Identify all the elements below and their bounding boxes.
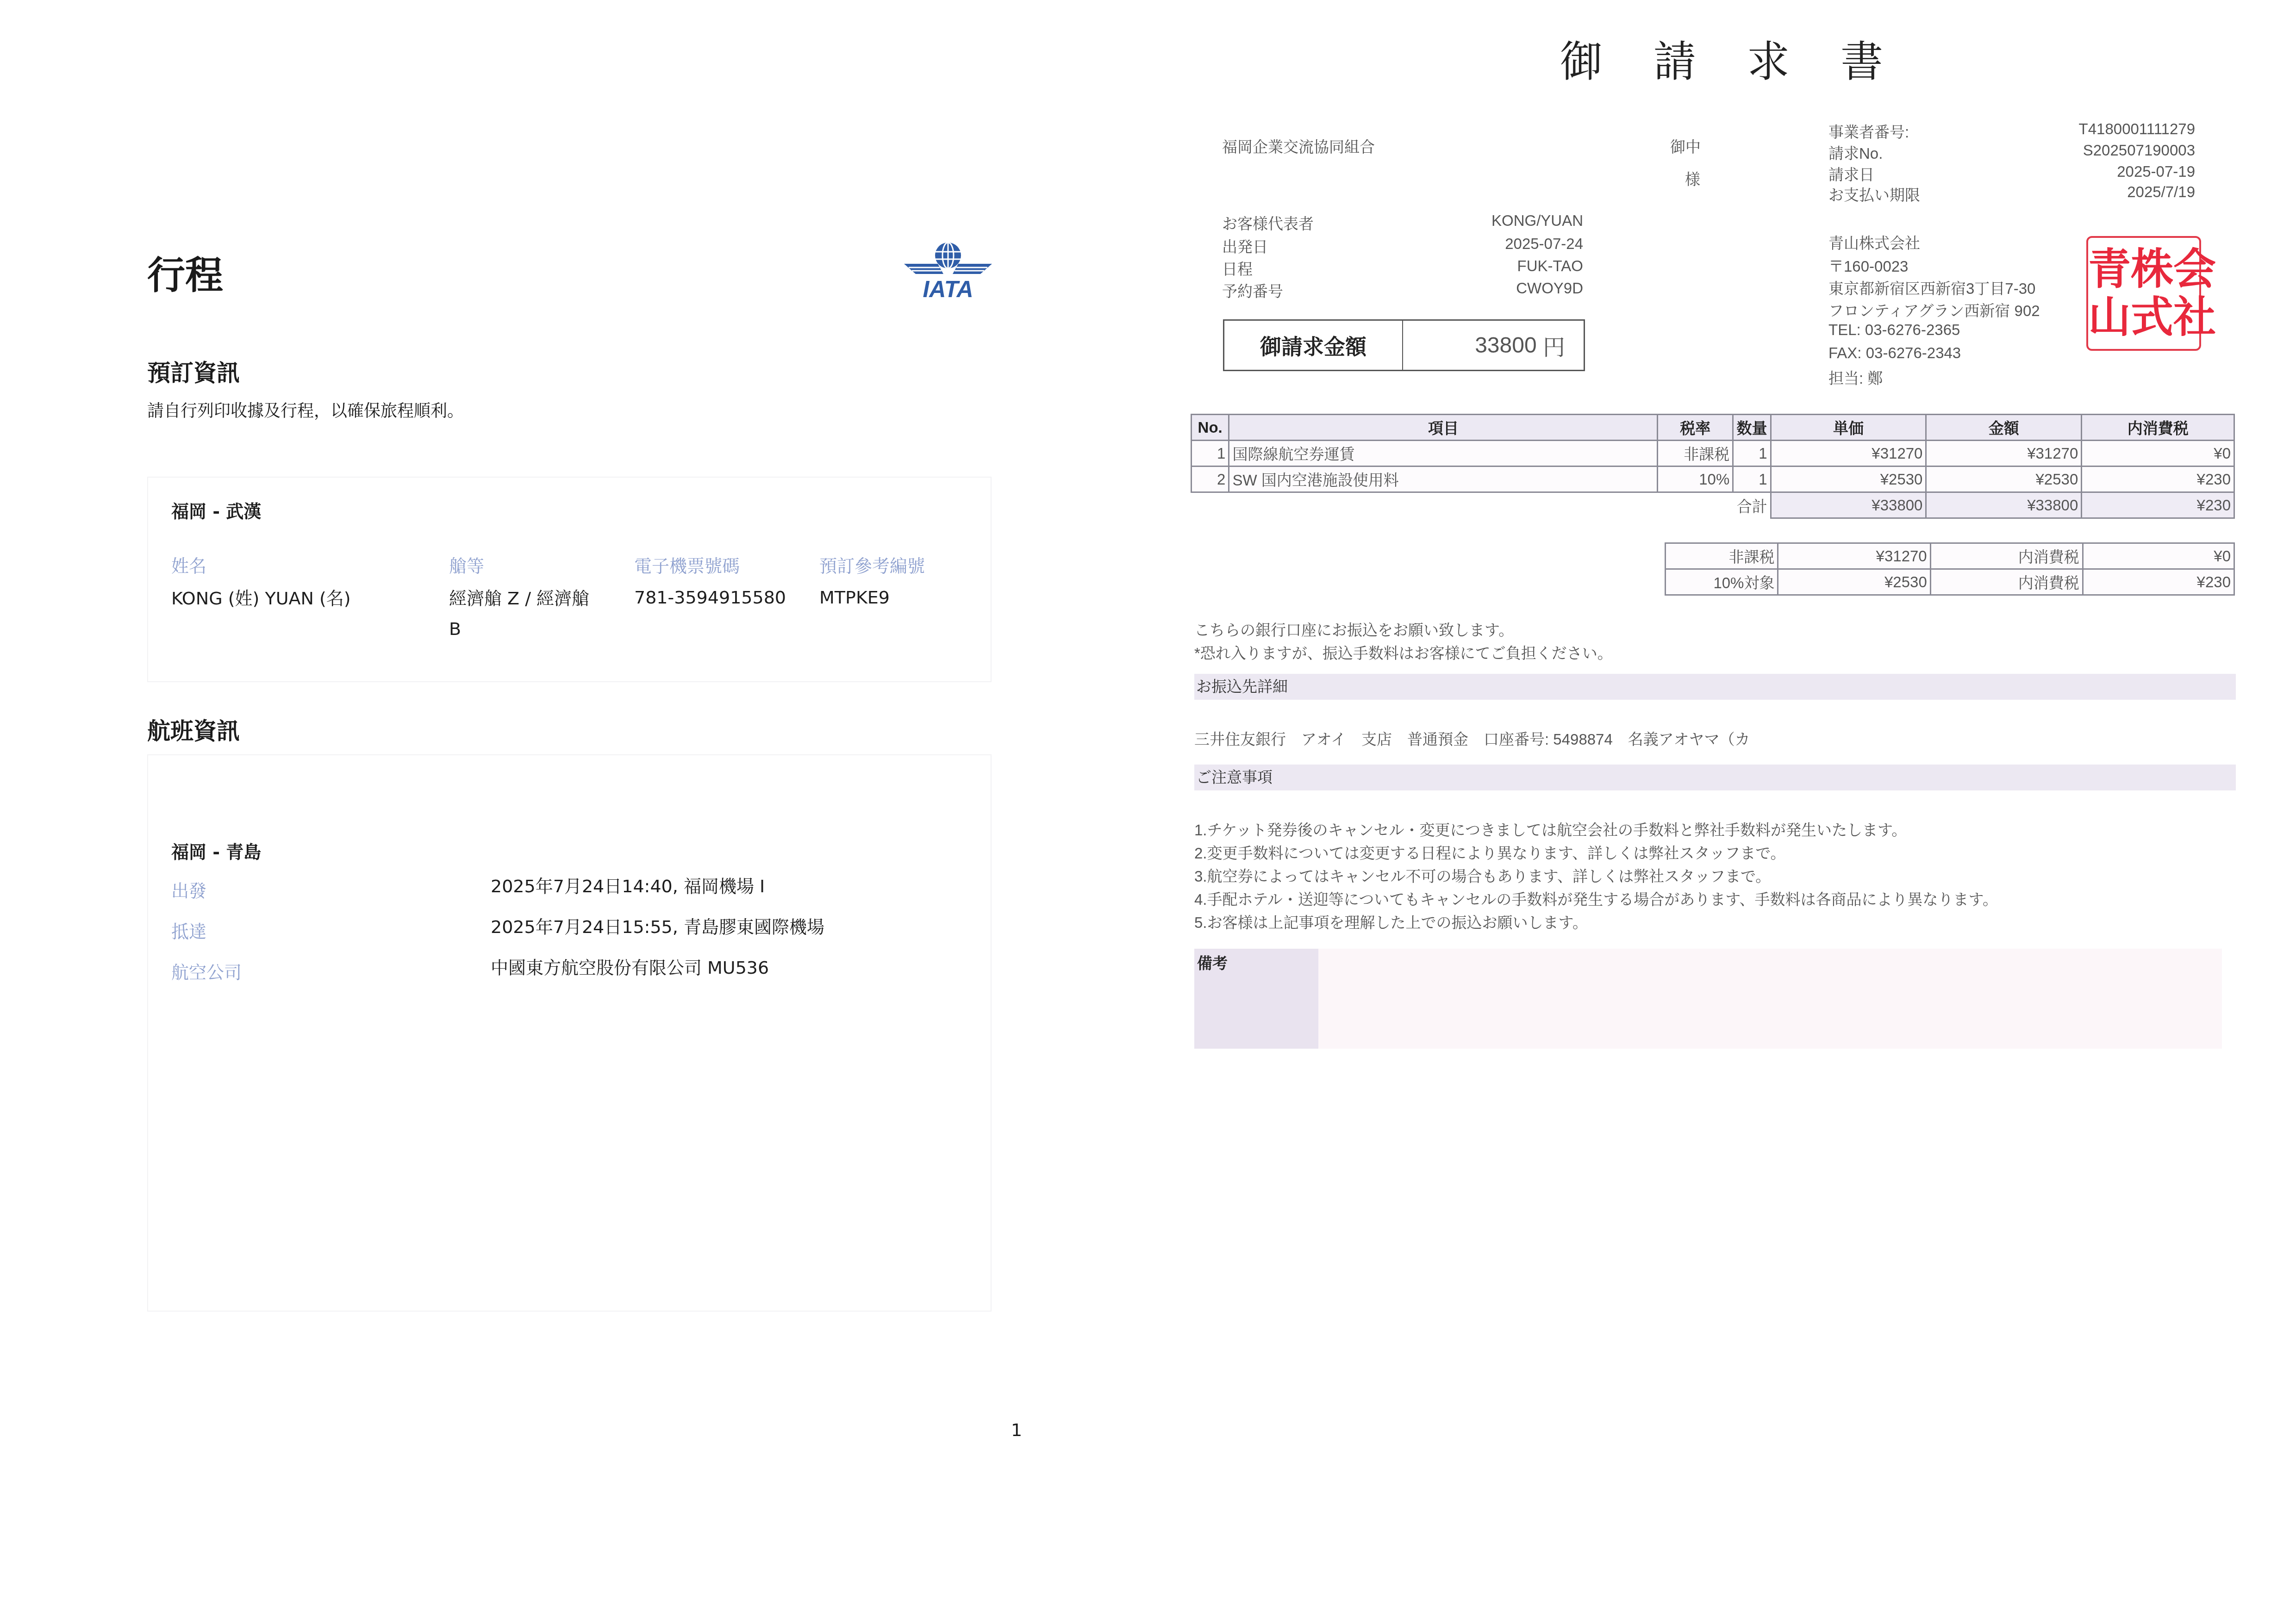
tax-category: 10%対象 xyxy=(1666,569,1778,595)
table-row: 非課税 ¥31270 内消費税 ¥0 xyxy=(1666,543,2234,569)
col-ticket-number: 電子機票號碼 xyxy=(634,552,740,577)
bank-note-2: *恐れ入りますが、振込手数料はお客様にてご負担ください。 xyxy=(1194,641,1613,663)
tax-label: 内消費税 xyxy=(1930,543,2083,569)
header-included-tax: 内消費税 xyxy=(2082,415,2234,441)
cabin-class-2: B xyxy=(449,614,461,644)
note-item: 1.チケット発券後のキャンセル・変更につきましては航空会社の手数料と弊社手数料が… xyxy=(1194,818,1907,840)
invoice-title: 御請求書 xyxy=(1560,28,1934,89)
departure-date-label: 出発日 xyxy=(1222,235,1268,257)
cell-tax-rate: 非課税 xyxy=(1658,441,1733,466)
cell-qty: 1 xyxy=(1733,441,1771,466)
issuer-fax: FAX: 03-6276-2343 xyxy=(1828,344,1961,362)
airline-label: 航空公司 xyxy=(171,958,242,983)
itinerary-title: 行程 xyxy=(147,245,223,299)
cell-amount: ¥31270 xyxy=(1926,441,2082,466)
stamp-char: 会 xyxy=(2173,245,2216,293)
invoice-date-value: 2025-07-19 xyxy=(2051,163,2195,180)
schedule-value: FUK-TAO xyxy=(1449,257,1583,275)
table-row: 10%対象 ¥2530 内消費税 ¥230 xyxy=(1666,569,2234,595)
stamp-char: 式 xyxy=(2131,293,2173,342)
reservation-number-label: 予約番号 xyxy=(1222,280,1283,301)
table-row: 1 国際線航空券運賃 非課税 1 ¥31270 ¥31270 ¥0 xyxy=(1192,441,2234,466)
header-amount: 金額 xyxy=(1926,415,2082,441)
passenger-name: KONG (姓) YUAN (名) xyxy=(171,583,351,614)
total-included-tax: ¥230 xyxy=(2082,492,2234,518)
total-amount-value: 33800 円 xyxy=(1403,321,1584,370)
bank-details-heading: お振込先詳細 xyxy=(1194,674,2236,700)
tax-amount: ¥0 xyxy=(2083,543,2234,569)
total-amount-label: 御請求金額 xyxy=(1224,321,1403,370)
invoice-no-label: 請求No. xyxy=(1828,142,1883,163)
total-amount-box: 御請求金額 33800 円 xyxy=(1223,319,1585,371)
note-item: 5.お客様は上記事項を理解した上での振込お願いします。 xyxy=(1194,911,1588,933)
items-header-row: No. 項目 税率 数量 単価 金額 内消費税 xyxy=(1192,415,2234,441)
cell-no: 2 xyxy=(1192,466,1229,492)
business-number-label: 事業者番号: xyxy=(1828,120,1909,142)
reservation-number-value: CWOY9D xyxy=(1449,280,1583,297)
stamp-char: 株 xyxy=(2131,245,2173,293)
stamp-char: 社 xyxy=(2173,293,2216,342)
cell-unit-price: ¥2530 xyxy=(1771,466,1926,492)
iata-logo-icon: IATA xyxy=(902,241,994,301)
total-row: 合計 ¥33800 ¥33800 ¥230 xyxy=(1192,492,2234,518)
booking-ref: MTPKE9 xyxy=(819,582,890,613)
col-cabin: 艙等 xyxy=(449,552,484,577)
addressee-suffix-onchu: 御中 xyxy=(1670,135,1701,157)
page-number: 1 xyxy=(1011,1420,1022,1440)
tax-label: 内消費税 xyxy=(1930,569,2083,595)
booking-info-heading: 預訂資訊 xyxy=(147,354,240,388)
tax-base: ¥31270 xyxy=(1778,543,1930,569)
addressee-suffix-sama: 様 xyxy=(1685,168,1700,189)
arrival-label: 抵達 xyxy=(171,917,206,943)
company-seal-stamp: 青 株 会 山 式 社 xyxy=(2086,236,2201,351)
booking-card: 福岡 - 武漢 姓名 艙等 電子機票號碼 預訂參考編號 KONG (姓) YUA… xyxy=(147,477,992,682)
addressee: 福岡企業交流協同組合 xyxy=(1222,135,1375,157)
departure-label: 出發 xyxy=(171,877,206,902)
itinerary-page: 行程 IATA 預訂資訊 請自行列印收據及行程，以確保旅程順利。 福岡 - 武漢… xyxy=(147,0,990,1623)
cell-included-tax: ¥230 xyxy=(2082,466,2234,492)
col-booking-ref: 預訂參考編號 xyxy=(819,552,925,577)
stamp-char: 青 xyxy=(2088,245,2131,293)
header-tax-rate: 税率 xyxy=(1658,415,1733,441)
items-table: No. 項目 税率 数量 単価 金額 内消費税 1 国際線航空券運賃 非課税 1… xyxy=(1191,414,2235,519)
invoice-no-value: S202507190003 xyxy=(2051,142,2195,159)
table-row: 2 SW 国内空港施設使用料 10% 1 ¥2530 ¥2530 ¥230 xyxy=(1192,466,2234,492)
issuer-tel: TEL: 03-6276-2365 xyxy=(1828,321,1960,339)
cell-item: SW 国内空港施設使用料 xyxy=(1229,466,1658,492)
flight-route: 福岡 - 青島 xyxy=(171,838,261,863)
note-item: 4.手配ホテル・送迎等についてもキャンセルの手数料が発生する場合があります、手数… xyxy=(1194,888,1998,909)
payment-due-label: お支払い期限 xyxy=(1828,183,1920,205)
invoice-page: 御請求書 福岡企業交流協同組合 御中 様 お客様代表者 KONG/YUAN 出発… xyxy=(1171,0,2296,1623)
arrival-value: 2025年7月24日15:55, 青島膠東國際機場 xyxy=(491,912,824,942)
remarks-box: 備考 xyxy=(1194,949,2222,1049)
tax-base: ¥2530 xyxy=(1778,569,1930,595)
total-currency: 円 xyxy=(1543,330,1565,361)
issuer-address-2: フロンティアグラン西新宿 902 xyxy=(1828,299,2040,321)
schedule-label: 日程 xyxy=(1222,257,1253,279)
tax-summary-table: 非課税 ¥31270 内消費税 ¥0 10%対象 ¥2530 内消費税 ¥230 xyxy=(1665,542,2235,596)
note-item: 2.変更手数料については変更する日程により異なります、詳しくは弊社スタッフまで。 xyxy=(1194,841,1786,863)
flight-card: 福岡 - 青島 出發 2025年7月24日14:40, 福岡機場 I 抵達 20… xyxy=(147,754,992,1312)
customer-rep-value: KONG/YUAN xyxy=(1449,212,1583,230)
flight-info-heading: 航班資訊 xyxy=(147,713,240,746)
total-unit-price: ¥33800 xyxy=(1771,492,1926,518)
header-item: 項目 xyxy=(1229,415,1658,441)
note-item: 3.航空券によってはキャンセル不可の場合もあります、詳しくは弊社スタッフまで。 xyxy=(1194,864,1771,886)
issuer-address-1: 東京都新宿区西新宿3丁目7-30 xyxy=(1828,277,2035,298)
cell-tax-rate: 10% xyxy=(1658,466,1733,492)
total-label: 合計 xyxy=(1733,492,1771,518)
total-amount: 33800 xyxy=(1475,333,1536,358)
business-number-value: T4180001111279 xyxy=(2051,120,2195,138)
bank-details: 三井住友銀行 アオイ 支店 普通預金 口座番号: 5498874 名義アオヤマ（… xyxy=(1194,728,1750,749)
airline-value: 中國東方航空股份有限公司 MU536 xyxy=(491,952,769,983)
issuer-contact: 担当: 鄭 xyxy=(1828,367,1883,388)
ticket-number: 781-3594915580 xyxy=(634,582,786,613)
header-no: No. xyxy=(1192,415,1229,441)
cell-amount: ¥2530 xyxy=(1926,466,2082,492)
print-note: 請自行列印收據及行程，以確保旅程順利。 xyxy=(147,398,464,422)
notes-heading: ご注意事項 xyxy=(1194,765,2236,790)
issuer-company: 青山株式会社 xyxy=(1828,231,1920,253)
cell-item: 国際線航空券運賃 xyxy=(1229,441,1658,466)
invoice-date-label: 請求日 xyxy=(1828,163,1874,185)
cell-unit-price: ¥31270 xyxy=(1771,441,1926,466)
remarks-label: 備考 xyxy=(1194,949,1318,1049)
svg-text:IATA: IATA xyxy=(923,276,973,301)
tax-category: 非課税 xyxy=(1666,543,1778,569)
tax-amount: ¥230 xyxy=(2083,569,2234,595)
departure-date-value: 2025-07-24 xyxy=(1449,235,1583,253)
header-qty: 数量 xyxy=(1733,415,1771,441)
issuer-postal: 〒160-0023 xyxy=(1828,255,1908,276)
col-name: 姓名 xyxy=(171,552,206,577)
stamp-char: 山 xyxy=(2088,293,2131,342)
cell-no: 1 xyxy=(1192,441,1229,466)
total-amount-cell: ¥33800 xyxy=(1926,492,2082,518)
payment-due-value: 2025/7/19 xyxy=(2051,183,2195,201)
booking-route: 福岡 - 武漢 xyxy=(171,497,261,522)
bank-note-1: こちらの銀行口座にお振込をお願い致します。 xyxy=(1194,618,1514,640)
header-unit-price: 単価 xyxy=(1771,415,1926,441)
departure-value: 2025年7月24日14:40, 福岡機場 I xyxy=(491,871,765,902)
cabin-class: 經濟艙 Z / 經濟艙 xyxy=(449,583,589,614)
customer-rep-label: お客様代表者 xyxy=(1222,212,1314,234)
cell-qty: 1 xyxy=(1733,466,1771,492)
cell-included-tax: ¥0 xyxy=(2082,441,2234,466)
